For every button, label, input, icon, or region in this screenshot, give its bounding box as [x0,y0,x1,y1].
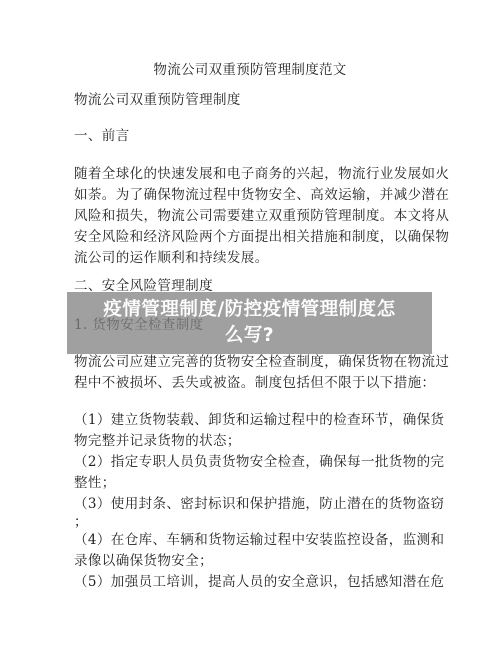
document-line: 物完整并记录货物的状态； [74,429,241,449]
document-line: （2）指定专职人员负责货物安全检查，确保每一批货物的完 [74,450,444,470]
banner-title-line-2: 么写? [67,323,432,349]
document-line: 风险和损失，物流公司需要建立双重预防管理制度。本文将从 [74,204,449,224]
document-line: 二、安全风险管理制度 [74,274,213,294]
document-line: （4）在仓库、车辆和货物运输过程中安装监控设备，监测和 [74,528,444,548]
document-line: 程中不被损坏、丢失或被盗。制度包括但不限于以下措施： [74,371,435,391]
document-line: 物流公司双重预防管理制度 [74,88,241,108]
document-line: 录像以确保货物安全； [74,549,213,569]
document-line: 安全风险和经济风险两个方面提出相关措施和制度，以确保物 [74,225,449,245]
document-line: 如荼。为了确保物流过程中货物安全、高效运输，并减少潜在 [74,183,449,203]
document-line: （5）加强员工培训，提高人员的安全意识，包括感知潜在危 [74,570,444,590]
document-line: 一、前言 [74,124,130,144]
banner-title-line-1: 疫情管理制度/防控疫情管理制度怎 [67,297,432,323]
document-line: 整性； [74,471,116,491]
document-line: 流公司的运作顺利和持续发展。 [74,246,269,266]
title-overlay-banner[interactable]: 疫情管理制度/防控疫情管理制度怎 么写? [67,292,432,354]
document-line: ； [74,510,88,530]
document-line: （3）使用封条、密封标识和保护措施，防止潜在的货物盗窃 [74,492,444,512]
document-line: （1）建立货物装载、卸货和运输过程中的检查环节，确保货 [74,408,444,428]
document-line: 随着全球化的快速发展和电子商务的兴起，物流行业发展如火 [74,162,449,182]
document-title: 物流公司双重预防管理制度范文 [0,58,500,78]
